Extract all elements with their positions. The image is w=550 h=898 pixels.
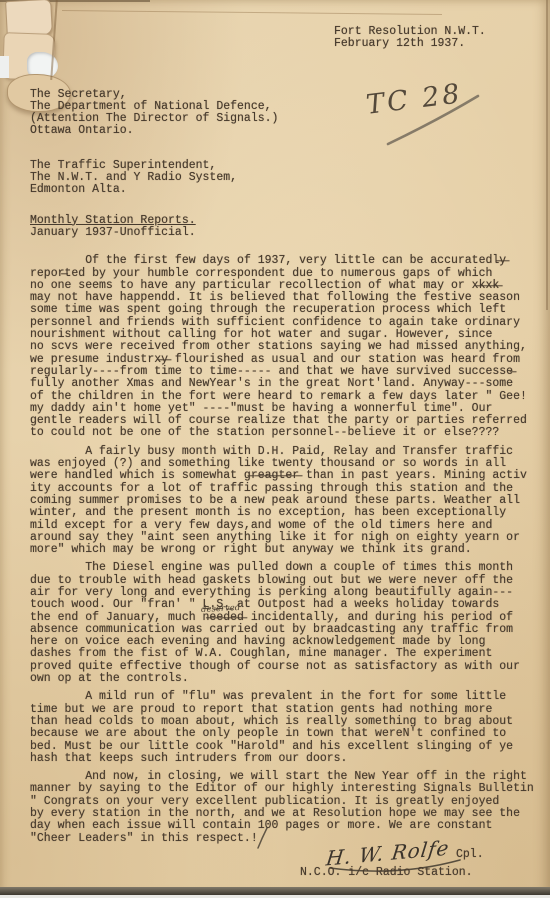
paragraph-2: A fairly busy month with D.H. Paid, Rela… (30, 446, 550, 557)
signature-rank: Cpl. (456, 849, 484, 861)
subject-subtitle: January 1937-Unofficial. (30, 226, 196, 239)
signature-title: N.C.O. i/c Radio Station. (300, 867, 473, 879)
recipient-secondary-address: The Traffic Superintendent, The N.W.T. a… (30, 160, 550, 197)
paragraph-4: A mild run of "flu" was prevalent in the… (30, 691, 550, 765)
subject-title: Monthly Station Reports. (30, 214, 196, 227)
recipient-primary-address: The Secretary, The Department of Nationa… (30, 89, 550, 138)
paragraph-5: And now, in closing, we will start the N… (30, 771, 550, 845)
subject-block: Monthly Station Reports.January 1937-Uno… (30, 215, 550, 240)
handwritten-correction: deserved (201, 603, 241, 615)
letter-body: Fort Resolution N.W.T. February 12th 193… (0, 0, 550, 845)
paragraph-1: Of the first few days of 1937, very litt… (30, 255, 550, 439)
letterhead: Fort Resolution N.W.T. February 12th 193… (334, 26, 550, 51)
scan-edge-bottom (0, 887, 550, 895)
scan-edge-right (546, 0, 548, 310)
letter-page: Fort Resolution N.W.T. February 12th 193… (0, 0, 550, 898)
paragraph-3: The Diesel engine was pulled down a coup… (30, 562, 550, 685)
